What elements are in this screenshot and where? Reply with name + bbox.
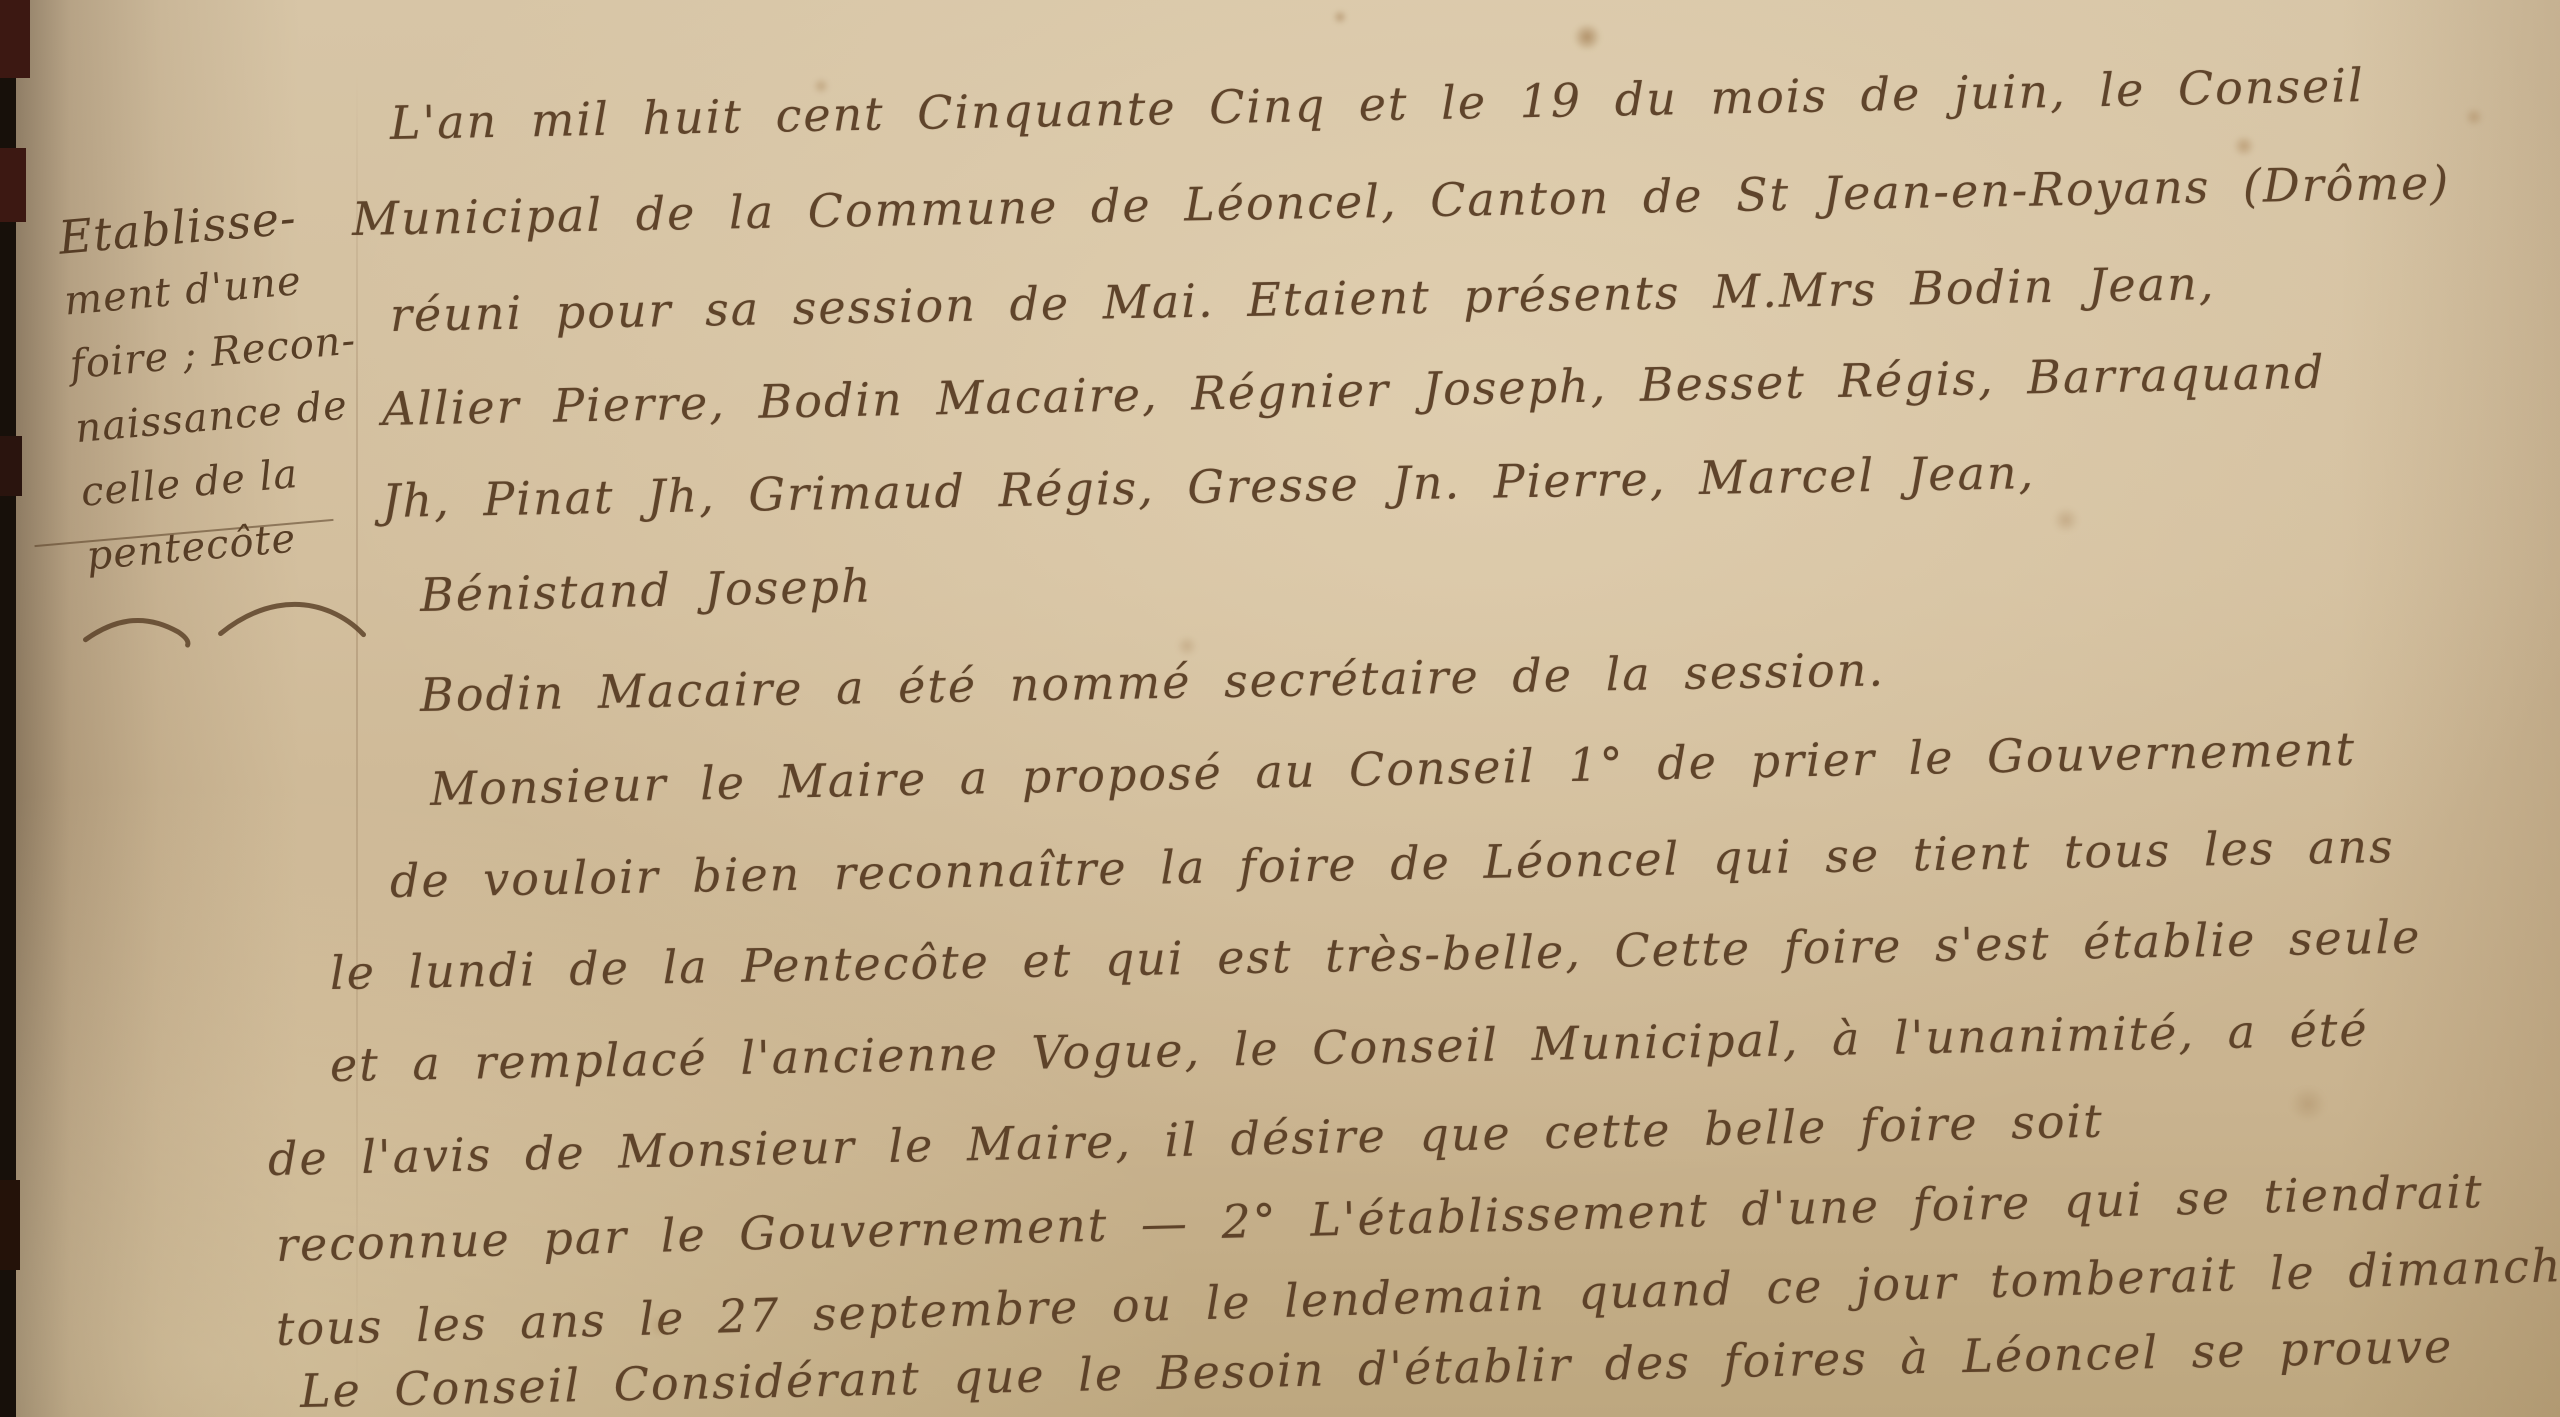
paper-stain [2052, 508, 2080, 532]
paper-stain [812, 78, 830, 94]
text-line: Bodin Macaire a été nommé secrétaire de … [420, 646, 1886, 718]
gutter-edge-mark [0, 148, 26, 222]
text-line: Jh, Pinat Jh, Grimaud Régis, Gresse Jn. … [382, 449, 2036, 524]
text-line: Allier Pierre, Bodin Macaire, Régnier Jo… [382, 349, 2326, 432]
manuscript-page: Etablisse- ment d'une foire ; Recon- nai… [0, 0, 2560, 1417]
paper-stain [2288, 1088, 2328, 1120]
text-line: Bénistand Joseph [420, 563, 873, 618]
gutter-edge-mark [0, 1180, 20, 1270]
paper-stain [648, 1316, 672, 1336]
flourish-mark [77, 576, 393, 678]
text-line: de l'avis de Monsieur le Maire, il désir… [268, 1098, 2105, 1182]
paper-stain [1176, 636, 1198, 656]
text-line: réuni pour sa session de Mai. Etaient pr… [390, 260, 2216, 338]
paper-stain [2232, 136, 2256, 156]
gutter-edge-mark [0, 0, 30, 78]
paper-stain [1572, 24, 1602, 50]
gutter-edge-mark [0, 436, 22, 496]
text-line: le lundi de la Pentecôte et qui est très… [330, 914, 2422, 996]
paper-stain [1332, 10, 1348, 24]
text-line: Municipal de la Commune de Léoncel, Cant… [352, 159, 2451, 242]
text-line: et a remplacé l'ancienne Vogue, le Conse… [330, 1006, 2369, 1088]
text-line: Monsieur le Maire a proposé au Conseil 1… [430, 726, 2357, 812]
paper-stain [2464, 108, 2484, 126]
text-line: L'an mil huit cent Cinquante Cinq et le … [390, 62, 2366, 146]
text-line: de vouloir bien reconnaître la foire de … [390, 823, 2395, 904]
